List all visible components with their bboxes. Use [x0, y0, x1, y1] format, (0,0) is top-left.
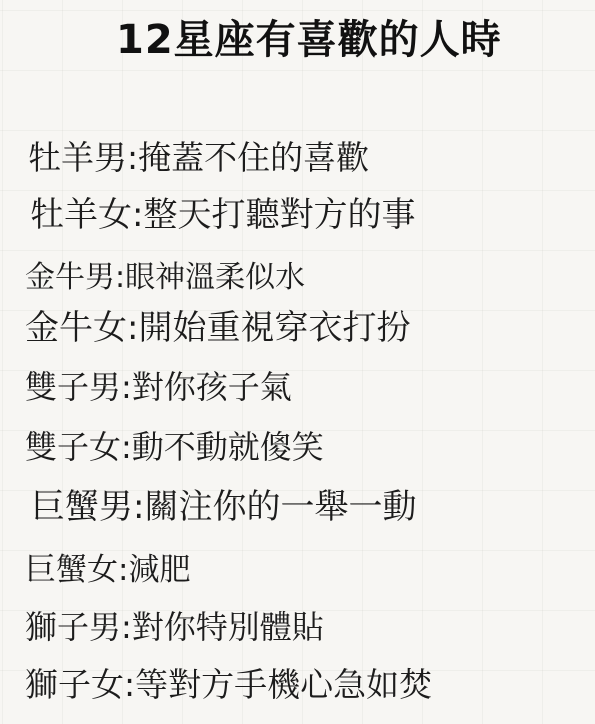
description: 等對方手機心急如焚 [135, 665, 432, 704]
description: 開始重視穿衣打扮 [138, 308, 410, 348]
zodiac-sign: 獅子男 [25, 608, 121, 646]
list-item: 牡羊女:整天打聽對方的事 [30, 197, 415, 234]
list-item: 金牛女:開始重視穿衣打扮 [25, 310, 410, 347]
zodiac-sign: 牡羊女 [30, 195, 132, 235]
zodiac-sign: 金牛男 [25, 260, 115, 295]
description: 對你孩子氣 [132, 368, 292, 406]
zodiac-sign: 雙子男 [25, 368, 121, 406]
list-item: 金牛男:眼神溫柔似水 [25, 261, 305, 294]
zodiac-sign: 獅子女 [25, 665, 124, 704]
zodiac-sign: 牡羊男 [28, 138, 127, 177]
separator: : [133, 487, 144, 527]
zodiac-sign: 巨蟹女 [25, 552, 118, 588]
list-item: 雙子女:動不動就傻笑 [25, 430, 324, 465]
description: 減肥 [128, 552, 190, 588]
list-item: 雙子男:對你孩子氣 [25, 370, 292, 405]
description: 關注你的一舉一動 [144, 487, 416, 527]
description: 對你特別體貼 [132, 608, 324, 646]
separator: : [127, 308, 138, 348]
description: 掩蓋不住的喜歡 [138, 138, 369, 177]
description: 動不動就傻笑 [132, 428, 324, 466]
separator: : [121, 428, 132, 466]
list-item: 牡羊男:掩蓋不住的喜歡 [28, 140, 369, 176]
separator: : [132, 195, 143, 235]
separator: : [121, 608, 132, 646]
separator: : [127, 138, 138, 177]
list-item: 獅子女:等對方手機心急如焚 [25, 667, 432, 703]
separator: : [115, 260, 125, 295]
list-item: 獅子男:對你特別體貼 [25, 610, 324, 645]
zodiac-sign: 巨蟹男 [31, 487, 133, 527]
description: 整天打聽對方的事 [143, 195, 415, 235]
separator: : [118, 552, 128, 588]
description: 眼神溫柔似水 [125, 260, 305, 295]
separator: : [124, 665, 135, 704]
list-item: 巨蟹女:減肥 [25, 553, 190, 587]
zodiac-sign: 金牛女 [25, 308, 127, 348]
zodiac-list: 牡羊男:掩蓋不住的喜歡 牡羊女:整天打聽對方的事 金牛男:眼神溫柔似水 金牛女:… [0, 0, 595, 724]
separator: : [121, 368, 132, 406]
list-item: 巨蟹男:關注你的一舉一動 [31, 489, 416, 526]
zodiac-sign: 雙子女 [25, 428, 121, 466]
